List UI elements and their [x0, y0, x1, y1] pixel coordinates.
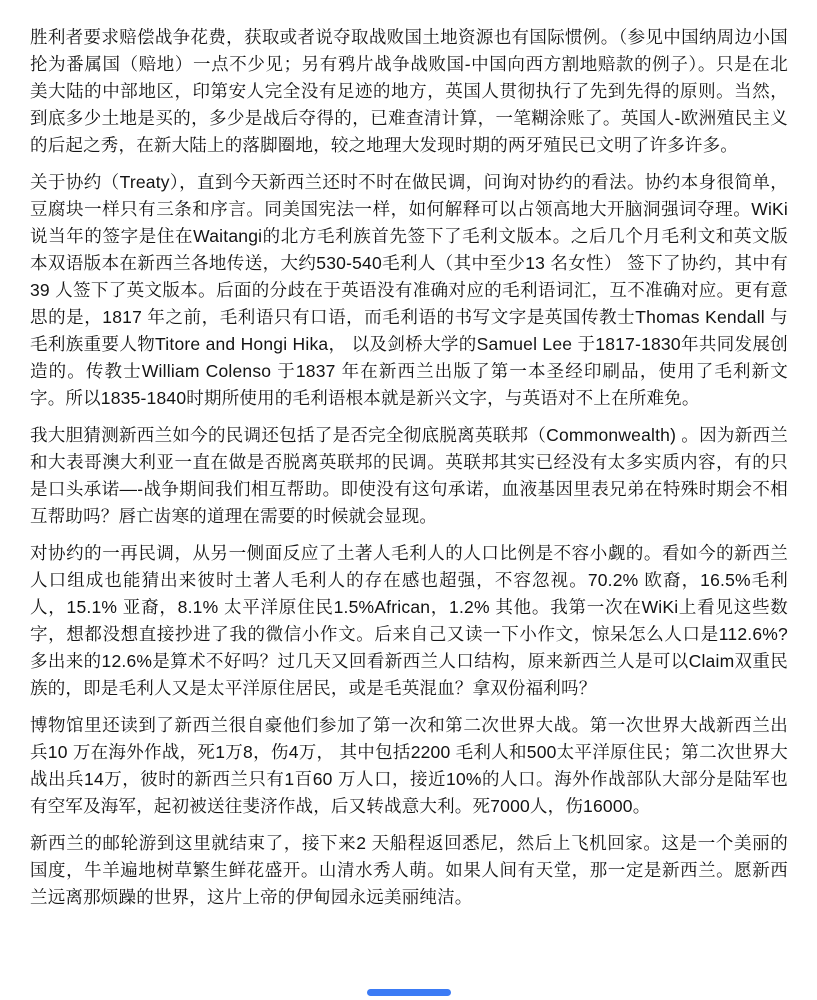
paragraph-world-wars: 博物馆里还读到了新西兰很自豪他们参加了第一次和第二次世界大战。第一次世界大战新西… [30, 712, 788, 820]
page: { "page": { "background": "#ffffff", "te… [0, 0, 817, 1000]
paragraph-commonwealth-poll: 我大胆猜测新西兰如今的民调还包括了是否完全彻底脱离英联邦（Commonwealt… [30, 422, 788, 530]
home-indicator-bar [367, 989, 451, 996]
paragraph-population-statistics: 对协约的一再民调，从另一侧面反应了土著人毛利人的人口比例是不容小觑的。看如今的新… [30, 540, 788, 702]
paragraph-victors-compensation: 胜利者要求赔偿战争花费，获取或者说夺取战败国土地资源也有国际惯例。（参见中国纳周… [30, 24, 788, 159]
paragraph-farewell: 新西兰的邮轮游到这里就结束了，接下来2 天船程返回悉尼，然后上飞机回家。这是一个… [30, 830, 788, 911]
paragraph-treaty-history: 关于协约（Treaty），直到今天新西兰还时不时在做民调，问询对协约的看法。协约… [30, 169, 788, 412]
article-body: 胜利者要求赔偿战争花费，获取或者说夺取战败国土地资源也有国际惯例。（参见中国纳周… [30, 24, 788, 921]
